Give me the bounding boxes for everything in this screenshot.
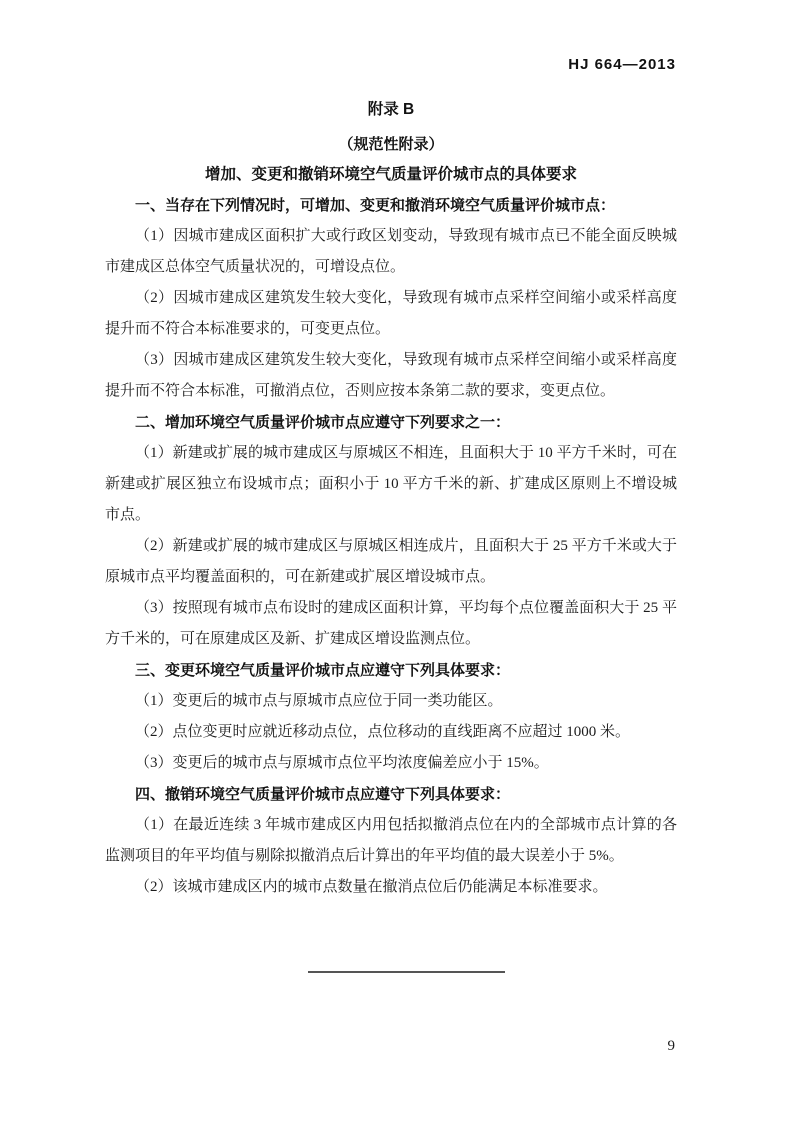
section-3: 三、变更环境空气质量评价城市点应遵守下列具体要求： （1）变更后的城市点与原城市… (105, 655, 677, 779)
section-4-paragraph-2: （2）该城市建成区内的城市点数量在撤消点位后仍能满足本标准要求。 (105, 872, 677, 903)
section-4: 四、撤销环境空气质量评价城市点应遵守下列具体要求： （1）在最近连续 3 年城市… (105, 779, 677, 903)
section-1-paragraph-2: （2）因城市建成区建筑发生较大变化，导致现有城市点采样空间缩小或采样高度提升而不… (105, 283, 677, 345)
appendix-label: 附录 B (105, 100, 677, 120)
document-page: HJ 664—2013 附录 B （规范性附录） 增加、变更和撤销环境空气质量评… (0, 0, 793, 1122)
section-1-heading: 一、当存在下列情况时，可增加、变更和撤消环境空气质量评价城市点： (105, 190, 677, 221)
section-3-paragraph-3: （3）变更后的城市点与原城市点位平均浓度偏差应小于 15%。 (105, 748, 677, 779)
section-4-paragraph-1: （1）在最近连续 3 年城市建成区内用包括拟撤消点位在内的全部城市点计算的各监测… (105, 810, 677, 872)
section-1-paragraph-3: （3）因城市建成区建筑发生较大变化，导致现有城市点采样空间缩小或采样高度提升而不… (105, 345, 677, 407)
section-3-heading: 三、变更环境空气质量评价城市点应遵守下列具体要求： (105, 655, 677, 686)
section-2-paragraph-1: （1）新建或扩展的城市建成区与原城区不相连，且面积大于 10 平方千米时，可在新… (105, 438, 677, 531)
appendix-normative-note: （规范性附录） (105, 135, 677, 155)
section-2-paragraph-3: （3）按照现有城市点布设时的建成区面积计算，平均每个点位覆盖面积大于 25 平方… (105, 593, 677, 655)
page-number: 9 (668, 1038, 676, 1055)
front-matter: 附录 B （规范性附录） 增加、变更和撤销环境空气质量评价城市点的具体要求 (105, 100, 677, 186)
section-3-paragraph-1: （1）变更后的城市点与原城市点应位于同一类功能区。 (105, 686, 677, 717)
standard-number-header: HJ 664—2013 (568, 56, 676, 73)
section-2: 二、增加环境空气质量评价城市点应遵守下列要求之一： （1）新建或扩展的城市建成区… (105, 407, 677, 655)
section-2-paragraph-2: （2）新建或扩展的城市建成区与原城区相连成片，且面积大于 25 平方千米或大于原… (105, 531, 677, 593)
section-2-heading: 二、增加环境空气质量评价城市点应遵守下列要求之一： (105, 407, 677, 438)
section-3-paragraph-2: （2）点位变更时应就近移动点位，点位移动的直线距离不应超过 1000 米。 (105, 717, 677, 748)
document-body: 一、当存在下列情况时，可增加、变更和撤消环境空气质量评价城市点： （1）因城市建… (105, 190, 677, 903)
section-1-paragraph-1: （1）因城市建成区面积扩大或行政区划变动，导致现有城市点已不能全面反映城市建成区… (105, 221, 677, 283)
document-title: 增加、变更和撤销环境空气质量评价城市点的具体要求 (105, 164, 677, 186)
section-4-heading: 四、撤销环境空气质量评价城市点应遵守下列具体要求： (105, 779, 677, 810)
footnote-rule (308, 971, 505, 973)
section-1: 一、当存在下列情况时，可增加、变更和撤消环境空气质量评价城市点： （1）因城市建… (105, 190, 677, 407)
